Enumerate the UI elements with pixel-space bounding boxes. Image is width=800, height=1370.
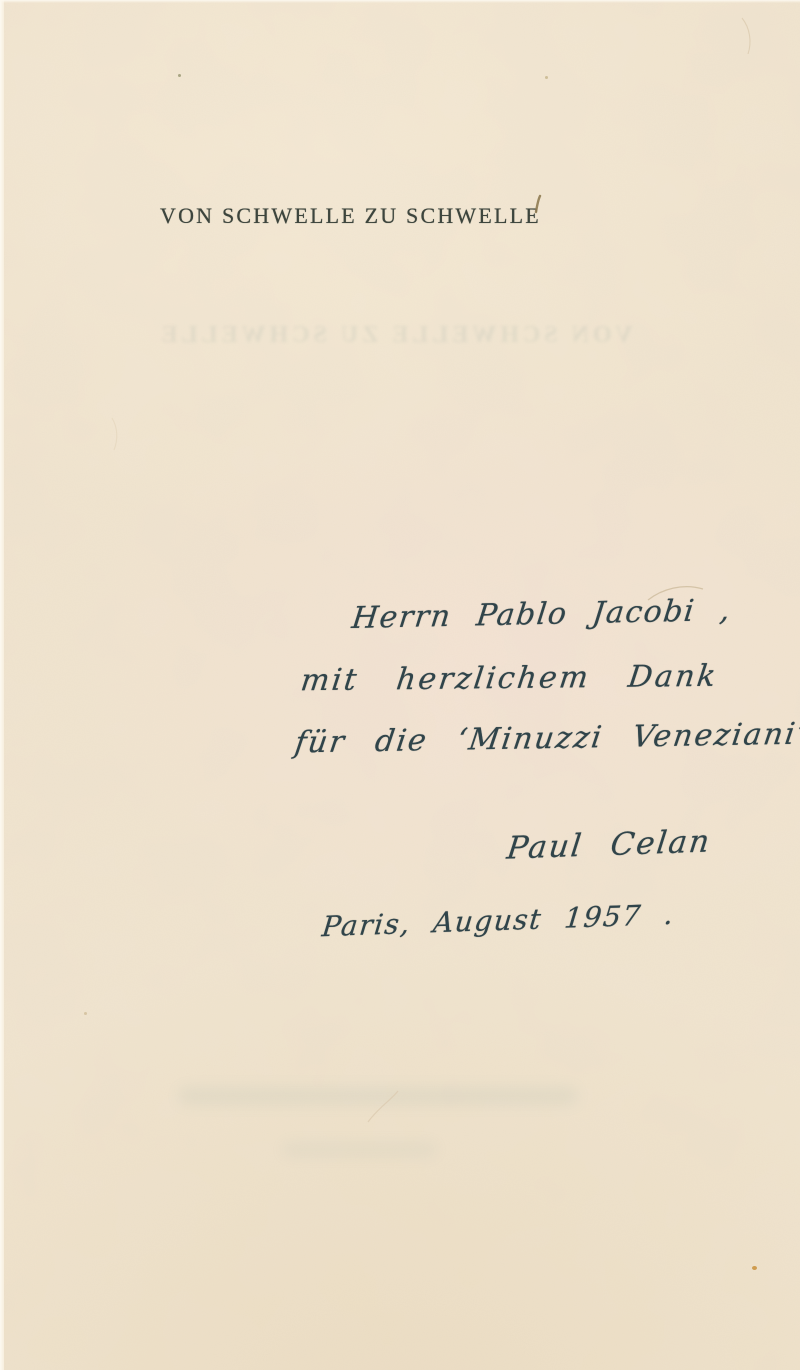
scan-edge-left xyxy=(0,0,4,1370)
inscription-line-thanks: mit herzlichem Dank xyxy=(299,659,720,698)
scan-edge-top xyxy=(0,0,800,3)
show-through-line xyxy=(282,1142,437,1157)
inscription-signature: Paul Celan xyxy=(505,823,713,866)
paper-speck xyxy=(752,1266,757,1270)
paper-speck xyxy=(84,1012,87,1015)
paper-speck xyxy=(178,74,181,77)
show-through-line xyxy=(178,1087,578,1105)
paper-speck xyxy=(545,76,548,79)
page-title: VON SCHWELLE ZU SCHWELLE xyxy=(160,203,541,229)
show-through-title: VON SCHWELLE ZU SCHWELLE xyxy=(140,322,650,349)
book-page-scan: VON SCHWELLE ZU SCHWELLE VON SCHWELLE ZU… xyxy=(0,0,800,1370)
